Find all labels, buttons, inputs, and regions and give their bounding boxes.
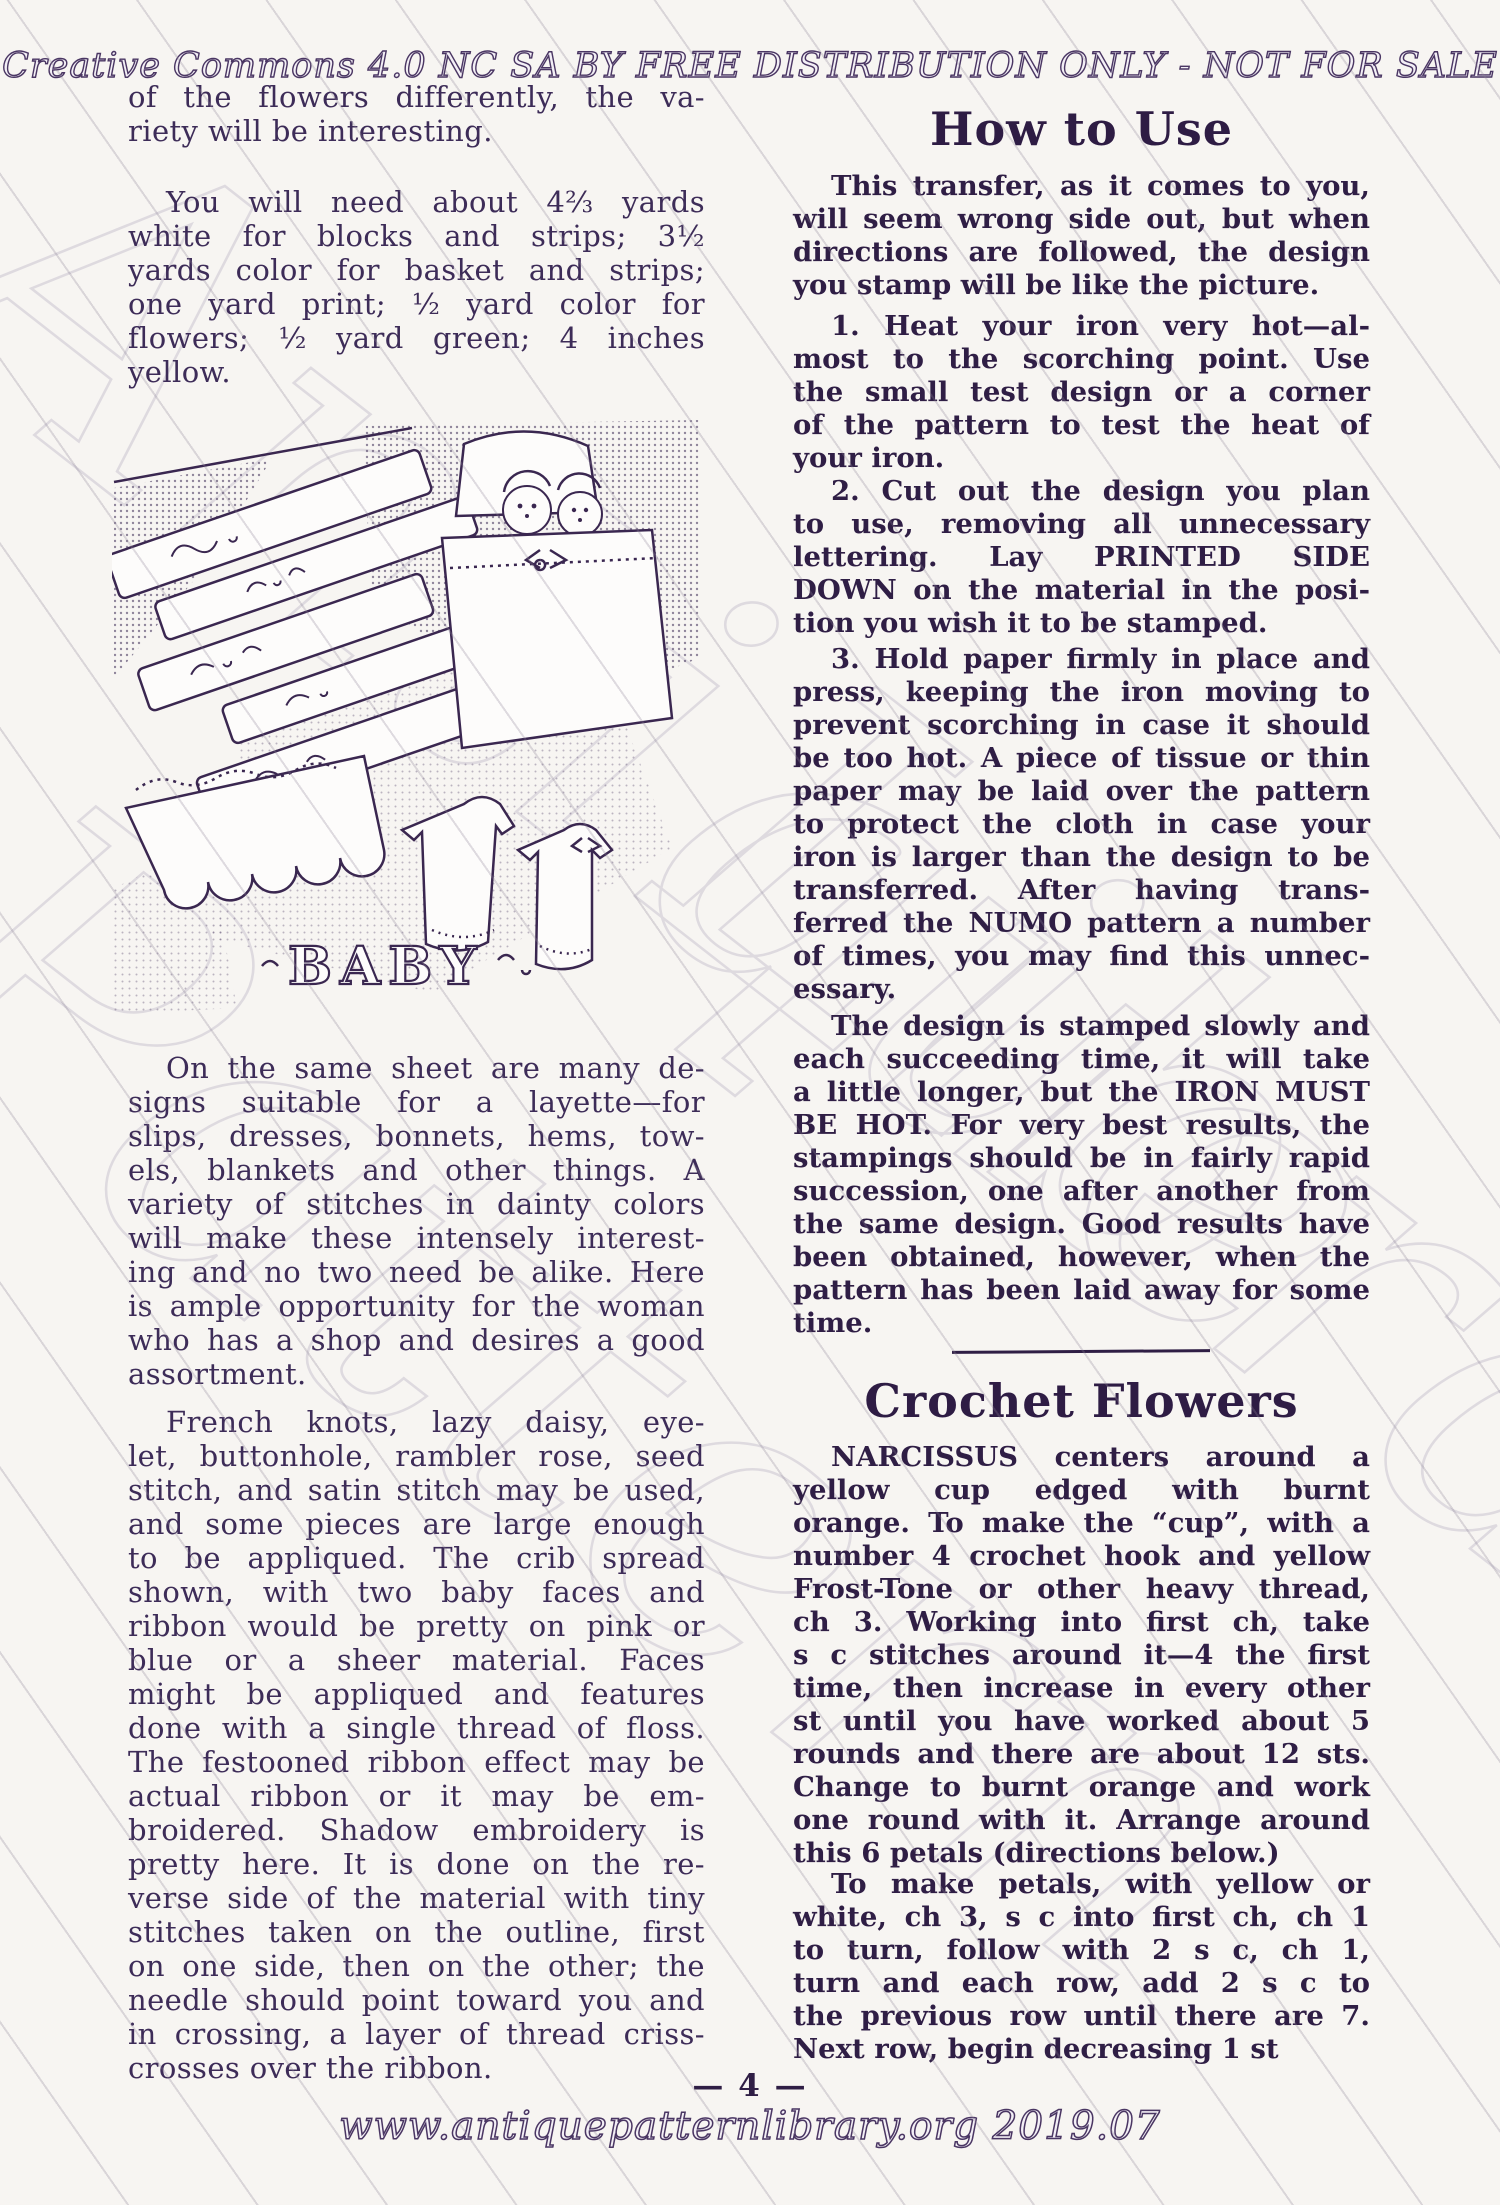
- section-title-how-to-use: How to Use: [793, 104, 1370, 154]
- text-line: pattern has been laid away for some: [793, 1274, 1370, 1307]
- text-line: The festooned ribbon effect may be: [128, 1745, 705, 1779]
- text-line: lettering. Lay PRINTED SIDE: [793, 541, 1370, 574]
- baby-face: [503, 486, 551, 534]
- page-number: — 4 —: [0, 2068, 1500, 2104]
- paragraph: On the same sheet are many de-signs suit…: [128, 1051, 705, 1391]
- text-line: to use, removing all unnecessary: [793, 508, 1370, 541]
- text-line: of the pattern to test the heat of: [793, 409, 1370, 442]
- text-line: might be appliqued and features: [128, 1677, 705, 1711]
- text-line: NARCISSUS centers around a: [793, 1441, 1370, 1474]
- text-line: Next row, begin decreasing 1 st: [793, 2033, 1370, 2066]
- text-line: most to the scorching point. Use: [793, 343, 1370, 376]
- text-line: yards color for basket and strips;: [128, 253, 705, 287]
- text-line: The design is stamped slowly and: [793, 1010, 1370, 1043]
- page-content: Creative Commons 4.0 NC SA BY FREE DISTR…: [0, 0, 1500, 2205]
- text-line: ferred the NUMO pattern a number: [793, 907, 1370, 940]
- text-line: is ample opportunity for the woman: [128, 1289, 705, 1323]
- text-line: To make petals, with yellow or: [793, 1868, 1370, 1901]
- section-title-crochet-flowers: Crochet Flowers: [793, 1376, 1370, 1426]
- text-line: this 6 petals (directions below.): [793, 1837, 1370, 1870]
- paragraph: French knots, lazy daisy, eye-let, butto…: [128, 1405, 705, 2085]
- paragraph: This transfer, as it comes to you,will s…: [793, 170, 1370, 302]
- text-line: and some pieces are large enough: [128, 1507, 705, 1541]
- text-line: s c stitches around it—4 the first: [793, 1639, 1370, 1672]
- paragraph: NARCISSUS centers around ayellow cup edg…: [793, 1441, 1370, 1870]
- crib-blanket: [442, 530, 672, 748]
- text-line: prevent scorching in case it should: [793, 709, 1370, 742]
- text-line: pretty here. It is done on the re-: [128, 1847, 705, 1881]
- text-line: flowers; ½ yard green; 4 inches: [128, 321, 705, 355]
- text-line: the previous row until there are 7.: [793, 2000, 1370, 2033]
- baby-face: [558, 492, 602, 536]
- text-line: the small test design or a corner: [793, 376, 1370, 409]
- text-line: 1. Heat your iron very hot—al-: [793, 310, 1370, 343]
- text-line: time, then increase in every other: [793, 1672, 1370, 1705]
- text-line: iron is larger than the design to be: [793, 841, 1370, 874]
- text-line: directions are followed, the design: [793, 236, 1370, 269]
- paragraph: 2. Cut out the design you planto use, re…: [793, 475, 1370, 640]
- text-line: verse side of the material with tiny: [128, 1881, 705, 1915]
- text-line: who has a shop and desires a good: [128, 1323, 705, 1357]
- text-line: actual ribbon or it may be em-: [128, 1779, 705, 1813]
- text-line: stitches taken on the outline, first: [128, 1915, 705, 1949]
- paragraph: of the flowers differently, the va-riety…: [128, 80, 705, 148]
- text-line: will seem wrong side out, but when: [793, 203, 1370, 236]
- text-line: succession, one after another from: [793, 1175, 1370, 1208]
- text-line: of times, you may find this unnec-: [793, 940, 1370, 973]
- text-line: Frost-Tone or other heavy thread,: [793, 1573, 1370, 1606]
- footer-url: www.antiquepatternlibrary.org 2019.07: [0, 2104, 1500, 2149]
- text-line: yellow cup edged with burnt: [793, 1474, 1370, 1507]
- text-line: be too hot. A piece of tissue or thin: [793, 742, 1370, 775]
- text-line: On the same sheet are many de-: [128, 1051, 705, 1085]
- text-line: each succeeding time, it will take: [793, 1043, 1370, 1076]
- paragraph: You will need about 4⅔ yardswhite for bl…: [128, 185, 705, 389]
- text-line: 2. Cut out the design you plan: [793, 475, 1370, 508]
- text-line: DOWN on the material in the posi-: [793, 574, 1370, 607]
- text-line: rounds and there are about 12 sts.: [793, 1738, 1370, 1771]
- text-line: transferred. After having trans-: [793, 874, 1370, 907]
- scanned-page: Antique Library Pattern Creative Commons…: [0, 0, 1500, 2205]
- text-line: essary.: [793, 973, 1370, 1006]
- text-line: to protect the cloth in case your: [793, 808, 1370, 841]
- text-line: a little longer, but the IRON MUST: [793, 1076, 1370, 1109]
- text-line: st until you have worked about 5: [793, 1705, 1370, 1738]
- text-line: BE HOT. For very best results, the: [793, 1109, 1370, 1142]
- baby-layette-illustration: BABY: [112, 418, 704, 1018]
- text-line: 3. Hold paper firmly in place and: [793, 643, 1370, 676]
- text-line: Change to burnt orange and work: [793, 1771, 1370, 1804]
- text-line: French knots, lazy daisy, eye-: [128, 1405, 705, 1439]
- text-line: press, keeping the iron moving to: [793, 676, 1370, 709]
- text-line: assortment.: [128, 1357, 705, 1391]
- text-line: white, ch 3, s c into first ch, ch 1: [793, 1901, 1370, 1934]
- text-line: in crossing, a layer of thread criss-: [128, 2017, 705, 2051]
- text-line: number 4 crochet hook and yellow: [793, 1540, 1370, 1573]
- text-line: shown, with two baby faces and: [128, 1575, 705, 1609]
- text-line: one yard print; ½ yard color for: [128, 287, 705, 321]
- text-line: ribbon would be pretty on pink or: [128, 1609, 705, 1643]
- text-line: the same design. Good results have: [793, 1208, 1370, 1241]
- paragraph: 1. Heat your iron very hot—al-most to th…: [793, 310, 1370, 475]
- paragraph: To make petals, with yellow orwhite, ch …: [793, 1868, 1370, 2066]
- text-line: broidered. Shadow embroidery is: [128, 1813, 705, 1847]
- text-line: riety will be interesting.: [128, 114, 705, 148]
- paragraph: The design is stamped slowly andeach suc…: [793, 1010, 1370, 1340]
- text-line: will make these intensely interest-: [128, 1221, 705, 1255]
- text-line: yellow.: [128, 355, 705, 389]
- text-line: els, blankets and other things. A: [128, 1153, 705, 1187]
- text-line: you stamp will be like the picture.: [793, 269, 1370, 302]
- text-line: needle should point toward you and: [128, 1983, 705, 2017]
- text-line: blue or a sheer material. Faces: [128, 1643, 705, 1677]
- baby-label: BABY: [288, 936, 484, 997]
- text-line: variety of stitches in dainty colors: [128, 1187, 705, 1221]
- text-line: ch 3. Working into first ch, take: [793, 1606, 1370, 1639]
- paragraph: 3. Hold paper firmly in place andpress, …: [793, 643, 1370, 1006]
- text-line: You will need about 4⅔ yards: [128, 185, 705, 219]
- text-line: white for blocks and strips; 3½: [128, 219, 705, 253]
- text-line: turn and each row, add 2 s c to: [793, 1967, 1370, 2000]
- text-line: on one side, then on the other; the: [128, 1949, 705, 1983]
- text-line: to turn, follow with 2 s c, ch 1,: [793, 1934, 1370, 1967]
- text-line: your iron.: [793, 442, 1370, 475]
- text-line: time.: [793, 1307, 1370, 1340]
- text-line: been obtained, however, when the: [793, 1241, 1370, 1274]
- text-line: tion you wish it to be stamped.: [793, 607, 1370, 640]
- text-line: signs suitable for a layette—for: [128, 1085, 705, 1119]
- text-line: one round with it. Arrange around: [793, 1804, 1370, 1837]
- text-line: to be appliqued. The crib spread: [128, 1541, 705, 1575]
- text-line: let, buttonhole, rambler rose, seed: [128, 1439, 705, 1473]
- text-line: stitch, and satin stitch may be used,: [128, 1473, 705, 1507]
- text-line: ing and no two need be alike. Here: [128, 1255, 705, 1289]
- text-line: This transfer, as it comes to you,: [793, 170, 1370, 203]
- text-line: done with a single thread of floss.: [128, 1711, 705, 1745]
- text-line: of the flowers differently, the va-: [128, 80, 705, 114]
- section-divider: [952, 1349, 1210, 1354]
- text-line: orange. To make the “cup”, with a: [793, 1507, 1370, 1540]
- text-line: slips, dresses, bonnets, hems, tow-: [128, 1119, 705, 1153]
- text-line: paper may be laid over the pattern: [793, 775, 1370, 808]
- text-line: stampings should be in fairly rapid: [793, 1142, 1370, 1175]
